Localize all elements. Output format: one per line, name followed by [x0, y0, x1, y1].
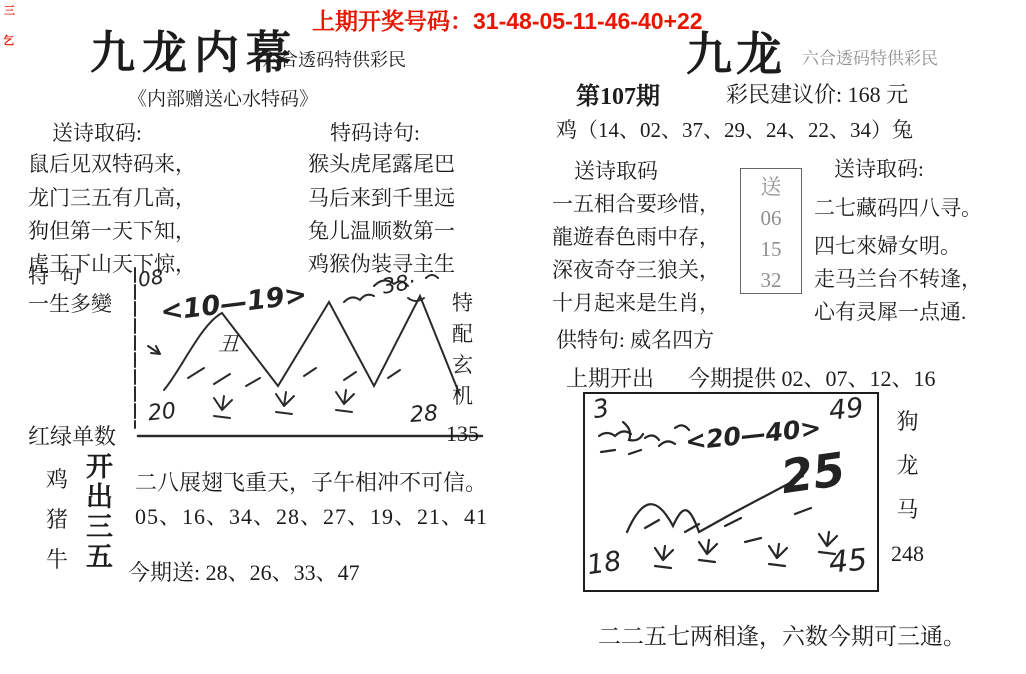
poem-line: 二七藏码四八寻。 — [814, 192, 982, 222]
poem-line: 马后来到千里远 — [308, 182, 455, 212]
poem-line: 兔儿温顺数第一 — [308, 215, 455, 245]
open-column: 开 出 三 五 — [86, 452, 113, 572]
price-line: 彩民建议价: 168 元 — [726, 78, 908, 109]
left-subtitle: 六合透码特供彩民 — [262, 46, 406, 72]
poem-line: 龙门三五有几高， — [28, 182, 196, 212]
poem-line: 狗但第一天下知， — [28, 215, 196, 245]
left-numbers: 05、16、34、28、27、19、21、41 — [135, 500, 488, 531]
provide-line: 今期提供 02、07、12、16 — [688, 362, 936, 393]
hand-number: 08 — [136, 264, 165, 291]
poem-line: 鼠后见双特码来， — [28, 148, 196, 178]
hand-number: 25 — [778, 442, 849, 504]
last-draw-numbers: 上期开奖号码：31-48-05-11-46-40+22 — [312, 3, 703, 36]
special-supply-line: 供特句: 威名四方 — [556, 324, 714, 354]
poem-a-heading: 送诗取码 — [574, 155, 658, 185]
hand-number: 28 — [409, 401, 439, 428]
poem-line: 走马兰台不转逢， — [814, 263, 982, 293]
check-mark-icon — [655, 532, 837, 568]
poem-b-heading: 送诗取码: — [834, 153, 924, 183]
corner-mark-icon: 三 — [4, 2, 15, 18]
hand-number: 18 — [585, 546, 623, 581]
banner: 《内部赠送心水特码》 — [128, 84, 318, 111]
hand-number: 20 — [147, 399, 177, 427]
left-gift-line: 今期送: 28、26、33、47 — [128, 556, 360, 587]
hand-number: 45 — [828, 542, 869, 580]
poem-line: 猴头虎尾露尾巴 — [308, 148, 455, 178]
right-side-column: 狗 龙 马 248 — [891, 400, 924, 576]
side-label-column: 特 配 玄 机 — [452, 288, 473, 412]
issue-number: 第107期 — [576, 76, 660, 111]
hand-sketch-box: 3 49 <20—40> 25 18 45 — [583, 392, 879, 592]
zodiac-column: 鸡 猪 牛 — [46, 460, 68, 580]
sum-number: 135 — [446, 421, 479, 447]
poem-line: 心有灵犀一点通. — [814, 296, 966, 326]
poem-line: 龍遊春色雨中存， — [552, 221, 720, 251]
check-mark-icon — [214, 390, 354, 418]
hand-number: 49 — [827, 392, 864, 426]
special-phrase-value: 一生多變 — [28, 288, 112, 318]
corner-mark-icon: 乞 — [3, 32, 14, 48]
right-title: 九龙 — [686, 18, 786, 84]
tip-sheet: 三 乞 上期开奖号码：31-48-05-11-46-40+22 九龙内幕 六合透… — [0, 0, 1026, 674]
special-phrase-label: 特 句 — [28, 260, 81, 290]
red-green-label: 红绿单数 — [28, 420, 116, 451]
poem-left-heading: 送诗取码: — [52, 117, 142, 147]
poem-right-heading: 特码诗句: — [330, 117, 420, 147]
bottom-phrase: 二二五七两相逢，六数今期可三通。 — [598, 618, 966, 651]
poem-line: 深夜奇夺三狼关， — [552, 254, 720, 284]
right-subtitle: 六合透码特供彩民 — [802, 44, 938, 69]
poem-line: 一五相合要珍惜， — [552, 188, 720, 218]
left-phrase: 二八展翅飞重天，子午相冲不可信。 — [135, 466, 487, 497]
gift-number-box: 送 06 15 32 — [740, 168, 802, 294]
zodiac-number-line: 鸡（14、02、37、29、24、22、34）兔 — [556, 114, 913, 144]
poem-line: 四七來婦女明。 — [814, 230, 961, 260]
last-open-label: 上期开出 — [566, 362, 654, 393]
poem-line: 十月起来是生肖， — [552, 287, 720, 317]
hand-char: 丑 — [218, 328, 239, 358]
left-sketch-drawing — [126, 258, 496, 448]
